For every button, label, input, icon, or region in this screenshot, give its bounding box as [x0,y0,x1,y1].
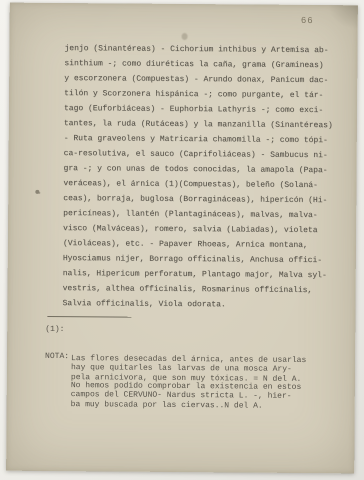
margin-mark [35,190,39,194]
body-paragraph: jenjo (Sinantéreas) - Cichorium inthibus… [62,41,333,313]
nota-label: NOTA: [45,352,69,362]
footnote-nota: NOTA: No hemos podido comprobar la exist… [45,352,302,430]
footnote-separator-line [47,316,131,318]
scan-background: 66 jenjo (Sinantéreas) - Cichorium inthi… [0,0,364,480]
text-line: Salvia officinalis, Viola odorata. [62,296,331,313]
nota-text: No hemos podido comprobar la existencia … [71,381,302,411]
page-number: 66 [301,16,314,26]
text-line: ba muy buscada por las ciervas..N del A. [71,400,302,411]
document-page: 66 jenjo (Sinantéreas) - Cichorium inthi… [6,3,358,474]
footnote-label: (1): [45,325,64,335]
corner-shade [328,5,358,29]
ink-smudge [182,33,188,40]
